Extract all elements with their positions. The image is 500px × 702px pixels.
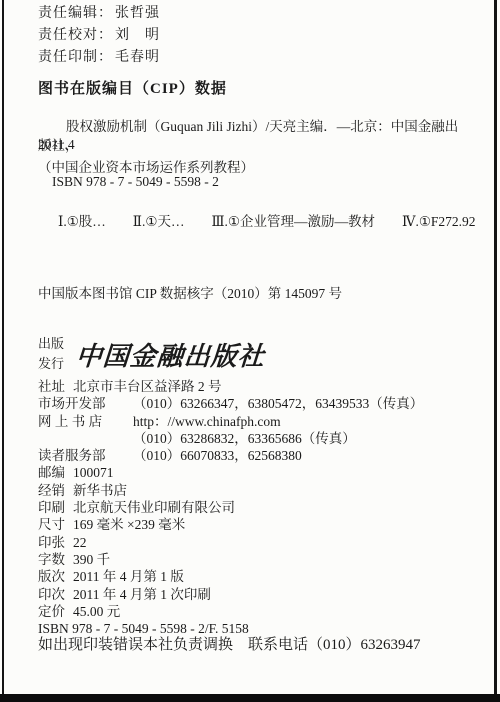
scan-edge-left (2, 0, 4, 702)
staff-label: 责任校对： (38, 28, 113, 43)
publisher-brand-logotype: 中国金融出版社 (75, 336, 267, 373)
cip-isbn-line: ISBN 978 - 7 - 5049 - 5598 - 2 (52, 174, 219, 190)
detail-row-price: 定价45.00 元 (38, 603, 478, 620)
staff-label: 责任编辑： (38, 6, 113, 21)
detail-row-address: 社址北京市丰台区益泽路 2 号 (38, 378, 478, 395)
publisher-roles: 出版 发行 (38, 334, 72, 374)
detail-row-size: 尺寸169 毫米 ×239 毫米 (38, 516, 478, 533)
detail-row-postcode: 邮编100071 (38, 464, 478, 481)
staff-row-editor: 责任编辑：张哲强 (38, 3, 160, 25)
publisher-role-publish: 出版 (38, 334, 72, 354)
staff-row-proofreader: 责任校对：刘 明 (38, 25, 160, 47)
footer-isbn-line: ISBN 978 - 7 - 5049 - 5598 - 2/F. 5158 (38, 620, 478, 637)
staff-row-printing: 责任印制：毛春明 (38, 47, 160, 69)
detail-row-edition: 版次2011 年 4 月第 1 版 (38, 568, 478, 585)
detail-row-printer: 印刷北京航天伟业印刷有限公司 (38, 499, 478, 516)
detail-row-distributor: 经销新华书店 (38, 482, 478, 499)
cip-year-line: 2011.4 (38, 137, 75, 153)
publisher-role-distribute: 发行 (38, 354, 72, 374)
publisher-block: 出版 发行 中国金融出版社 (38, 334, 265, 374)
detail-row-marketing-dept: 市场开发部（010）63266347，63805472，63439533（传真） (38, 395, 478, 412)
scan-edge-bottom (0, 694, 500, 702)
staff-name: 毛春明 (113, 50, 160, 65)
cip-registry-line: 中国版本图书馆 CIP 数据核字（2010）第 145097 号 (38, 282, 342, 302)
footer-misprint-notice: 如出现印装错误本社负责调换 联系电话（010）63263947 (38, 637, 478, 654)
cip-title-line: 股权激励机制（Guquan Jili Jizhi）/天亮主编．—北京：中国金融出… (38, 117, 468, 155)
staff-name: 张哲强 (113, 6, 160, 21)
scan-edge-right (494, 0, 497, 702)
cip-classification-line: Ⅰ.①股… Ⅱ.①天… Ⅲ.①企业管理—激励—教材 Ⅳ.①F272.92 (58, 210, 476, 230)
detail-row-wordcount: 字数390 千 (38, 551, 478, 568)
cip-heading: 图书在版编目（CIP）数据 (38, 77, 227, 98)
staff-credits: 责任编辑：张哲强 责任校对：刘 明 责任印制：毛春明 (38, 3, 160, 69)
detail-row-online-store-phone: （010）63286832，63365686（传真） (38, 430, 478, 447)
staff-label: 责任印制： (38, 50, 113, 65)
detail-row-reader-service: 读者服务部（010）66070833，62568380 (38, 447, 478, 464)
publication-details: 社址北京市丰台区益泽路 2 号 市场开发部（010）63266347，63805… (38, 378, 478, 655)
detail-row-online-store: 网 上 书 店http：//www.chinafph.com (38, 413, 478, 430)
book-copyright-page: 责任编辑：张哲强 责任校对：刘 明 责任印制：毛春明 图书在版编目（CIP）数据… (0, 0, 500, 702)
staff-name: 刘 明 (113, 28, 160, 43)
cip-series-line: （中国企业资本市场运作系列教程） (38, 156, 254, 176)
detail-row-sheets: 印张22 (38, 534, 478, 551)
detail-row-impression: 印次2011 年 4 月第 1 次印刷 (38, 586, 478, 603)
